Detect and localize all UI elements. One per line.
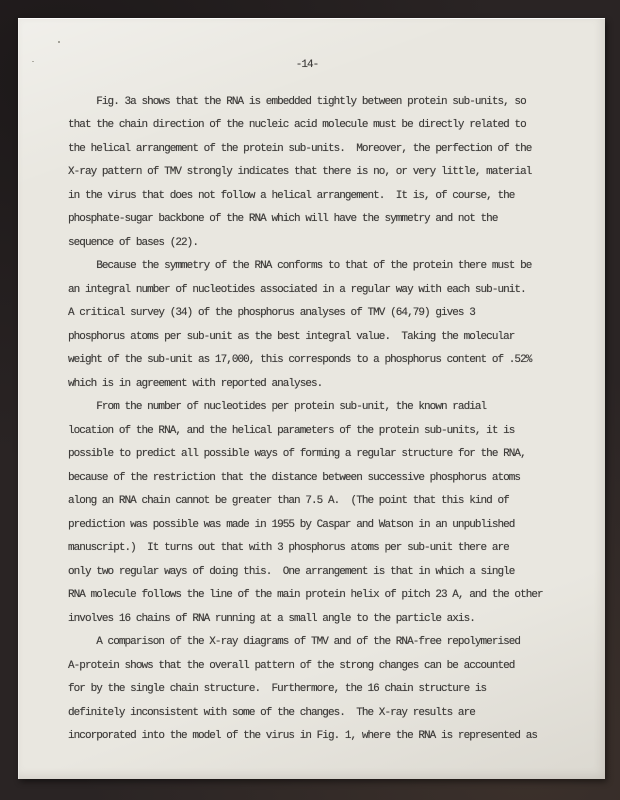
text-line: Fig. 3a shows that the RNA is embedded t… [68, 91, 546, 115]
text-line: for by the single chain structure. Furth… [68, 678, 546, 702]
text-line: A-protein shows that the overall pattern… [68, 655, 546, 679]
text-line: From the number of nucleotides per prote… [68, 396, 546, 420]
manuscript-page: -14- Fig. 3a shows that the RNA is embed… [18, 18, 605, 779]
paragraph: Fig. 3a shows that the RNA is embedded t… [68, 91, 546, 256]
text-line: an integral number of nucleotides associ… [68, 279, 546, 303]
paragraph: Because the symmetry of the RNA conforms… [68, 255, 546, 396]
text-line: A critical survey (34) of the phosphorus… [68, 302, 546, 326]
text-line: along an RNA chain cannot be greater tha… [68, 490, 546, 514]
text-line: weight of the sub-unit as 17,000, this c… [68, 349, 546, 373]
text-line: A comparison of the X-ray diagrams of TM… [68, 631, 546, 655]
text-line: possible to predict all possible ways of… [68, 443, 546, 467]
document-body: Fig. 3a shows that the RNA is embedded t… [68, 91, 546, 749]
text-line: only two regular ways of doing this. One… [68, 561, 546, 585]
page-content: -14- Fig. 3a shows that the RNA is embed… [68, 54, 546, 749]
text-line: which is in agreement with reported anal… [68, 373, 546, 397]
text-line: in the virus that does not follow a heli… [68, 185, 546, 209]
text-line: sequence of bases (22). [68, 232, 546, 256]
text-line: X-ray pattern of TMV strongly indicates … [68, 161, 546, 185]
paper-speck [32, 61, 34, 62]
text-line: phosphorus atoms per sub-unit as the bes… [68, 326, 546, 350]
scan-background: -14- Fig. 3a shows that the RNA is embed… [0, 0, 620, 800]
text-line: phosphate-sugar backbone of the RNA whic… [68, 208, 546, 232]
text-line: location of the RNA, and the helical par… [68, 420, 546, 444]
text-line: because of the restriction that the dist… [68, 467, 546, 491]
page-number: -14- [68, 54, 546, 78]
text-line: prediction was possible was made in 1955… [68, 514, 546, 538]
text-line: involves 16 chains of RNA running at a s… [68, 608, 546, 632]
text-line: incorporated into the model of the virus… [68, 725, 546, 749]
text-line: that the chain direction of the nucleic … [68, 114, 546, 138]
text-line: manuscript.) It turns out that with 3 ph… [68, 537, 546, 561]
text-line: the helical arrangement of the protein s… [68, 138, 546, 162]
text-line: RNA molecule follows the line of the mai… [68, 584, 546, 608]
scanned-document-screenshot: { "colors": { "background": "#2a2424", "… [0, 0, 620, 800]
paragraph: A comparison of the X-ray diagrams of TM… [68, 631, 546, 749]
paper-speck [58, 41, 60, 43]
text-line: Because the symmetry of the RNA conforms… [68, 255, 546, 279]
text-line: definitely inconsistent with some of the… [68, 702, 546, 726]
paragraph: From the number of nucleotides per prote… [68, 396, 546, 631]
